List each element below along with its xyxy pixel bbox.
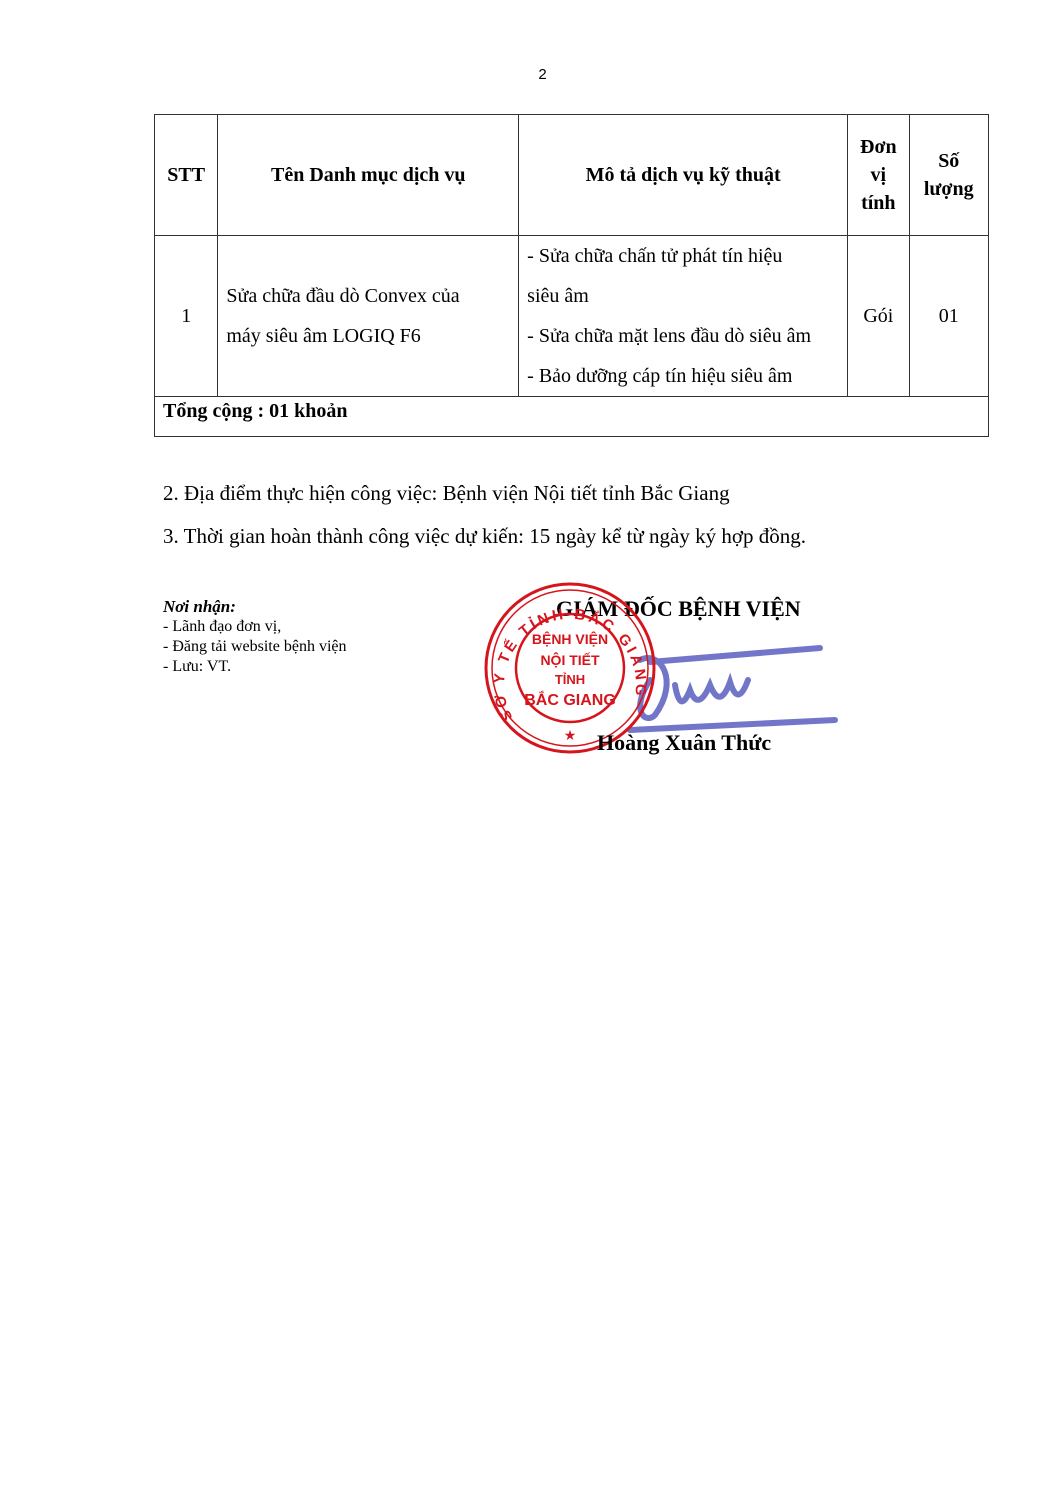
recipients-title: Nơi nhận: xyxy=(163,597,347,617)
desc-line: - Sửa chữa chấn tử phát tín hiệu xyxy=(527,236,839,276)
recipient-item: - Lãnh đạo đơn vị, xyxy=(163,617,347,637)
location-paragraph: 2. Địa điểm thực hiện công việc: Bệnh vi… xyxy=(163,481,730,506)
stamp-line: NỘI TIẾT xyxy=(540,651,600,668)
service-table: STT Tên Danh mục dịch vụ Mô tả dịch vụ k… xyxy=(154,114,989,437)
table-header-row: STT Tên Danh mục dịch vụ Mô tả dịch vụ k… xyxy=(155,115,989,236)
name-line: máy siêu âm LOGIQ F6 xyxy=(226,316,510,356)
desc-line: - Sửa chữa mặt lens đầu dò siêu âm xyxy=(527,316,839,356)
desc-line: - Bảo dưỡng cáp tín hiệu siêu âm xyxy=(527,356,839,396)
stamp-line: BẮC GIANG xyxy=(524,690,616,709)
name-line: Sửa chữa đầu dò Convex của xyxy=(226,276,510,316)
stamp-line: TỈNH xyxy=(555,672,585,687)
signer-name: Hoàng Xuân Thức xyxy=(597,730,771,756)
header-qty-line: lượng xyxy=(918,175,981,203)
desc-line: siêu âm xyxy=(527,276,839,316)
header-unit-line: Đơn xyxy=(856,133,900,161)
cell-service-name: Sửa chữa đầu dò Convex của máy siêu âm L… xyxy=(218,236,519,397)
header-description: Mô tả dịch vụ kỹ thuật xyxy=(519,115,848,236)
header-unit-line: vị xyxy=(856,161,900,189)
table-total-row: Tổng cộng : 01 khoản xyxy=(155,397,989,437)
cell-description: - Sửa chữa chấn tử phát tín hiệu siêu âm… xyxy=(519,236,848,397)
stamp-line: BỆNH VIỆN xyxy=(532,630,608,647)
page-number: 2 xyxy=(0,66,1061,83)
cell-stt: 1 xyxy=(155,236,218,397)
header-unit-line: tính xyxy=(856,189,900,217)
duration-paragraph: 3. Thời gian hoàn thành công việc dự kiế… xyxy=(163,524,806,549)
header-qty-line: Số xyxy=(918,147,981,175)
header-stt: STT xyxy=(155,115,218,236)
total-cell: Tổng cộng : 01 khoản xyxy=(155,397,989,437)
recipient-item: - Đăng tải website bệnh viện xyxy=(163,637,347,657)
header-service-name: Tên Danh mục dịch vụ xyxy=(218,115,519,236)
recipients-block: Nơi nhận: - Lãnh đạo đơn vị, - Đăng tải … xyxy=(163,597,347,677)
header-quantity: Số lượng xyxy=(909,115,989,236)
cell-unit: Gói xyxy=(848,236,909,397)
cell-quantity: 01 xyxy=(909,236,989,397)
header-unit: Đơn vị tính xyxy=(848,115,909,236)
table-row: 1 Sửa chữa đầu dò Convex của máy siêu âm… xyxy=(155,236,989,397)
stamp-star-icon: ★ xyxy=(564,729,577,744)
recipient-item: - Lưu: VT. xyxy=(163,657,347,677)
